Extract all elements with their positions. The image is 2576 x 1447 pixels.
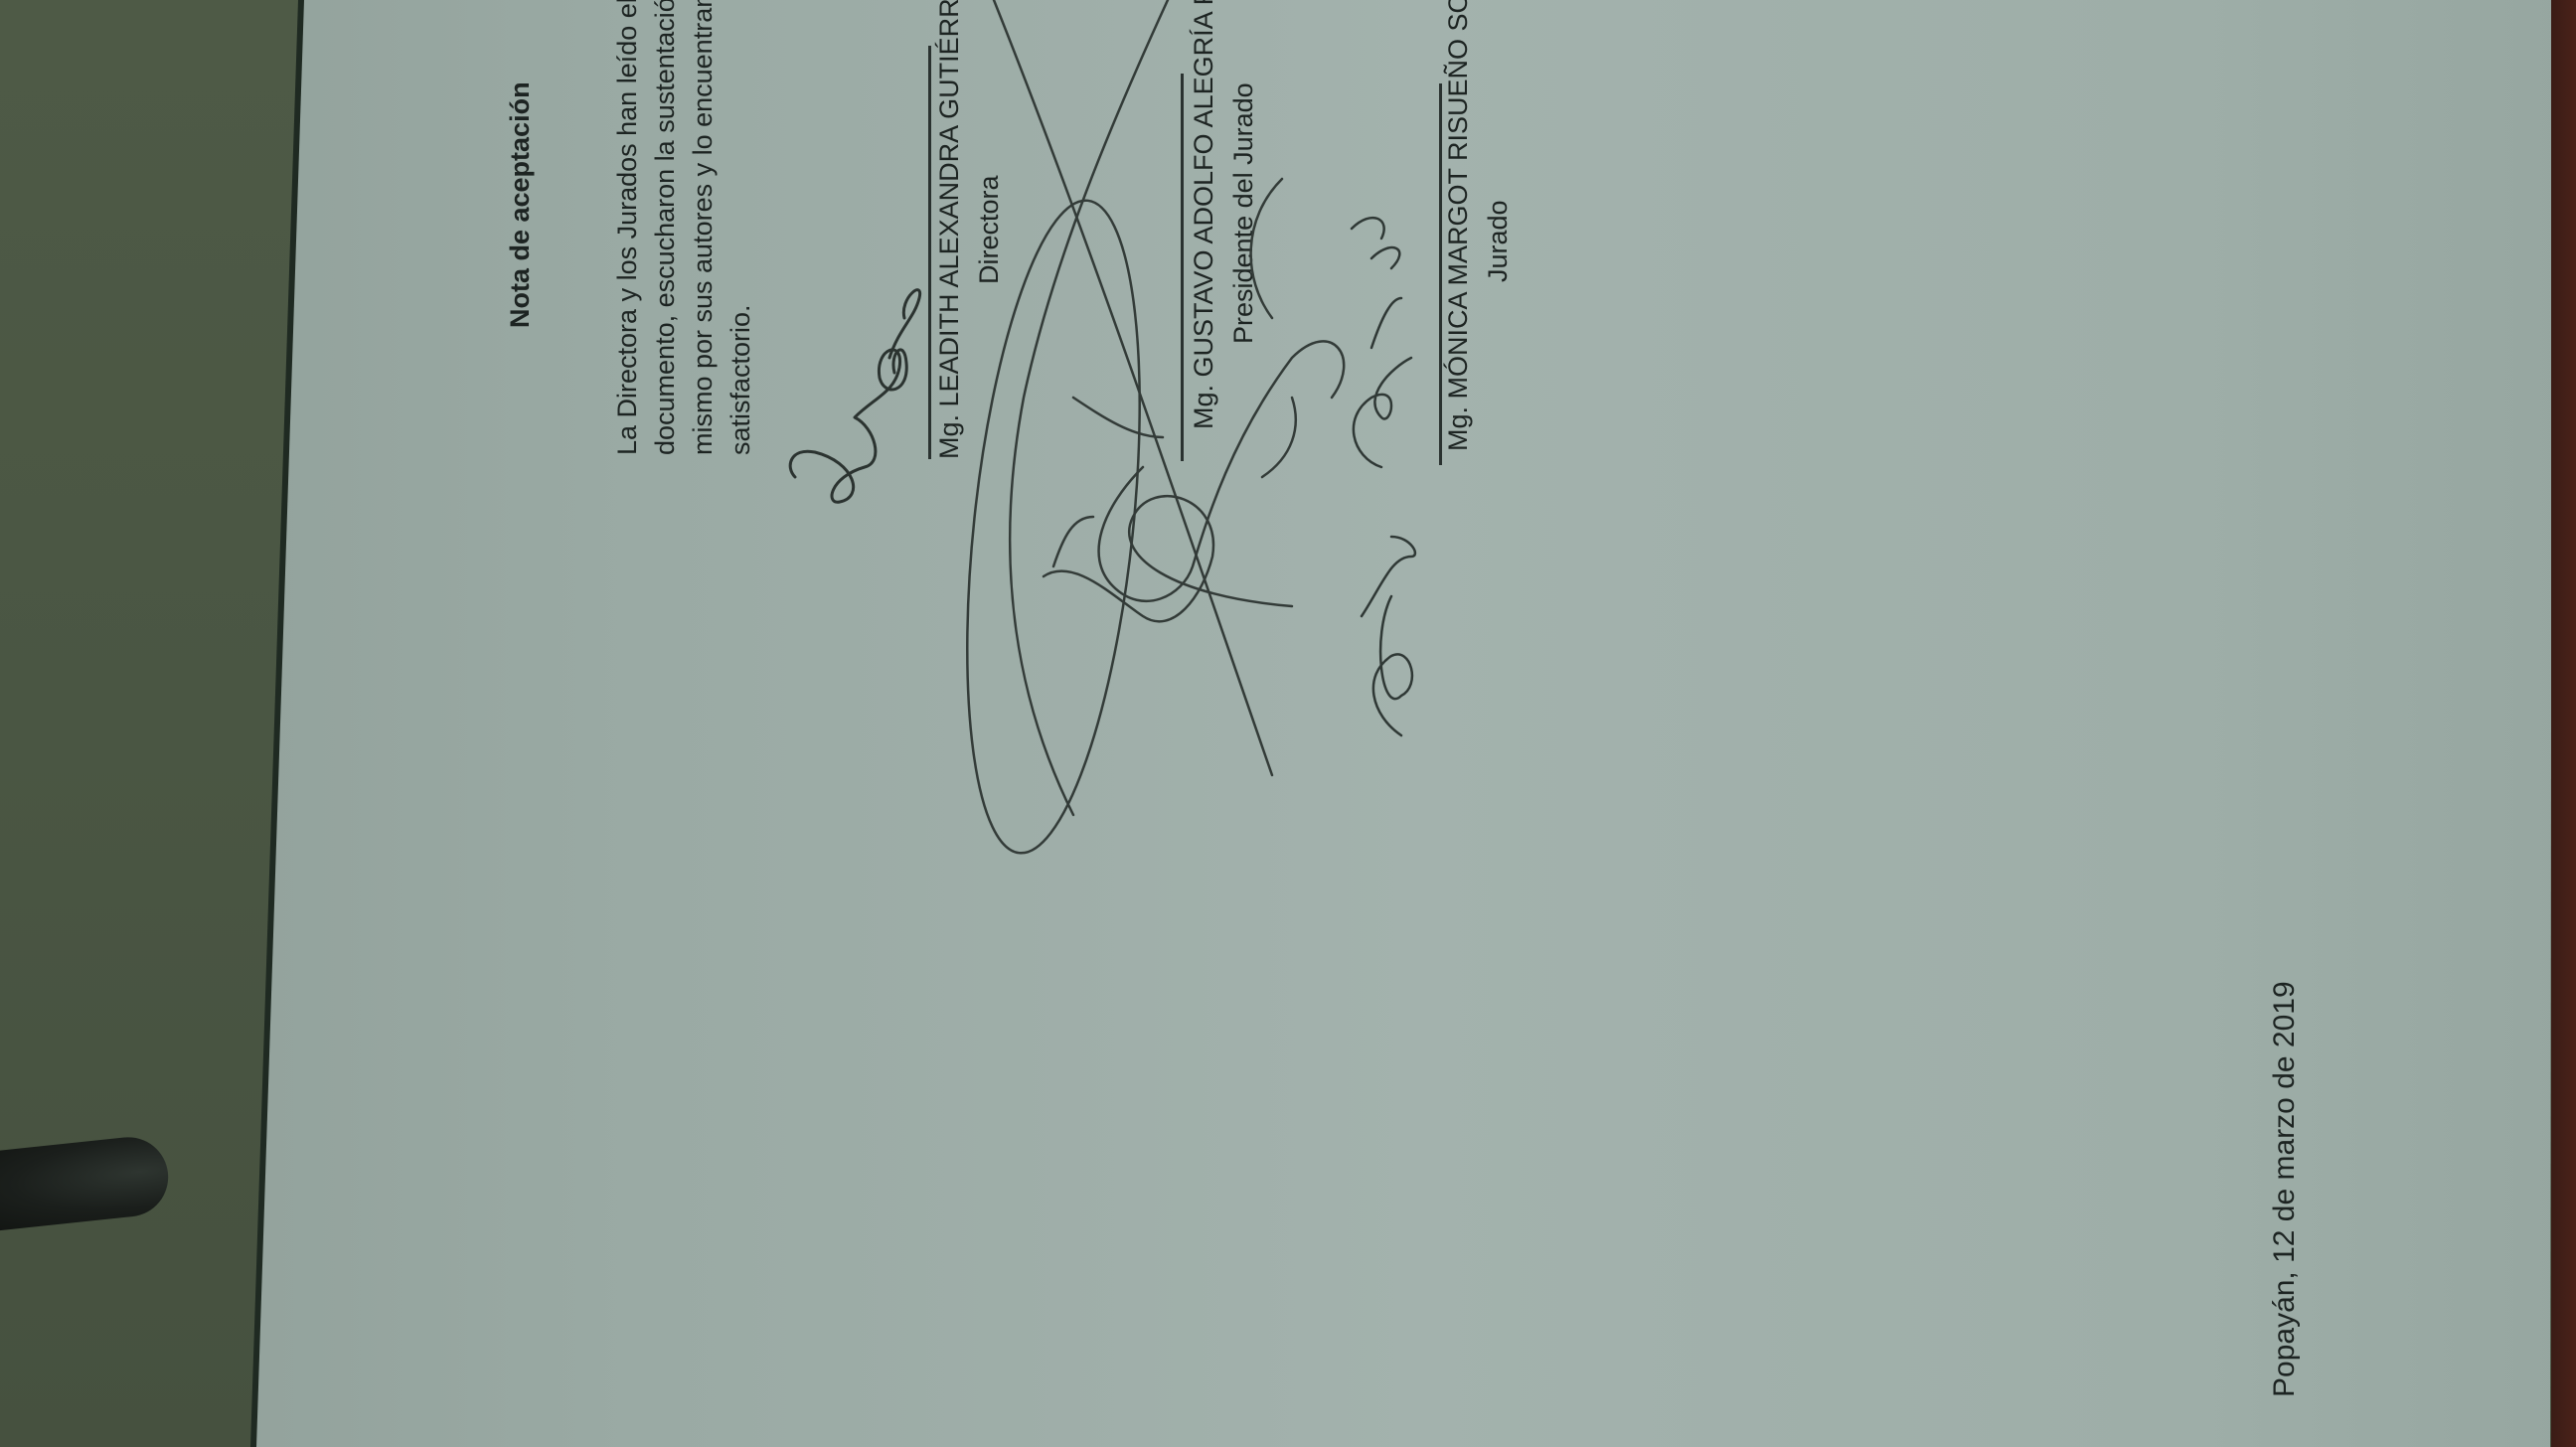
- paragraph-line-3: mismo por sus autores y lo encuentran: [684, 38, 722, 455]
- table-edge: [2551, 0, 2576, 1447]
- place-date: Popayán, 12 de marzo de 2019: [2266, 981, 2304, 1397]
- signatory-name-jurado: Mg. MÓNICA MARGOT RISUEÑO SOLARTE: [1443, 0, 1474, 451]
- signatory-role-jurado: Jurado: [1483, 200, 1514, 282]
- signature-line-directora: [928, 46, 931, 459]
- signature-line-jurado: [1439, 83, 1442, 465]
- paragraph-line-4: satisfactorio.: [722, 304, 759, 455]
- signatory-role-directora: Directora: [974, 175, 1005, 284]
- document-title: Nota de aceptación: [505, 81, 536, 328]
- signatory-name-presidente: Mg. GUSTAVO ADOLFO ALEGRÍA F.: [1189, 0, 1219, 429]
- signatory-role-presidente: Presidente del Jurado: [1228, 82, 1259, 344]
- paper-sheet: [0, 0, 2576, 1447]
- paragraph-line-2: documento, escucharon la sustentación de…: [646, 38, 684, 455]
- paragraph-line-1: La Directora y los Jurados han leído el …: [608, 0, 646, 455]
- signatory-name-directora: Mg. LEADITH ALEXANDRA GUTIÉRREZ VÉLEZ: [934, 0, 965, 459]
- signature-line-presidente: [1181, 74, 1184, 461]
